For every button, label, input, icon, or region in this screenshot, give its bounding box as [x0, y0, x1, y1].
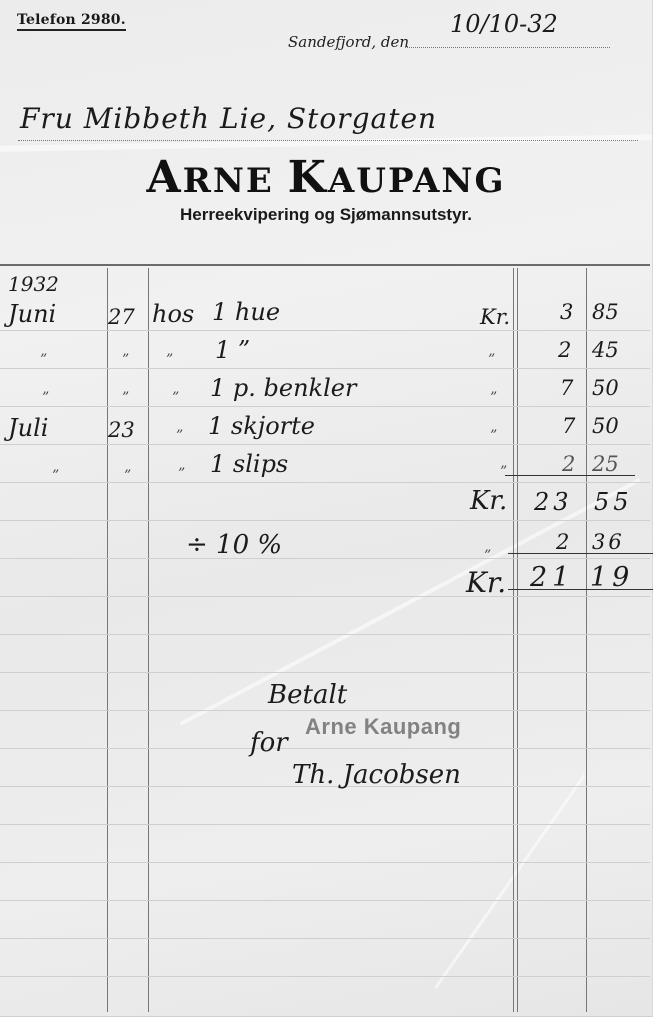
ruled-line [0, 976, 650, 977]
ruled-line [0, 862, 650, 863]
paid-note: Betalt [268, 680, 347, 710]
row-day: 23 [108, 418, 135, 442]
row-month: Juli [8, 414, 48, 442]
ruled-line [0, 672, 650, 673]
row-month: Juni [8, 300, 56, 328]
discount-kroner: 2 [556, 530, 569, 554]
ledger-year: 1932 [8, 272, 59, 296]
ruled-line [0, 634, 650, 635]
signature: Th. Jacobsen [292, 760, 461, 790]
row-currency: Kr. [480, 305, 510, 329]
row-month: ” [42, 390, 49, 406]
per-note: for [250, 728, 288, 758]
ruled-line [0, 368, 650, 369]
row-month: ” [52, 468, 59, 484]
place-label: Sandefjord, den [288, 33, 409, 51]
customer-name: Fru Mibbeth Lie, Storgaten [20, 102, 437, 135]
row-ore: 50 [592, 376, 619, 400]
row-ore: 25 [592, 452, 619, 476]
company-name: ARNE KAUPANG [0, 152, 652, 203]
row-item: 1 hue [212, 298, 280, 326]
row-prefix: ” [172, 390, 179, 406]
invoice-date: 10/10-32 [450, 10, 558, 38]
row-day: ” [122, 390, 129, 406]
company-last-rest: AUPANG [328, 161, 506, 201]
row-day: ” [122, 352, 129, 368]
row-kroner: 7 [562, 414, 575, 438]
company-tagline: Herreekvipering og Sjømannsutstyr. [0, 205, 652, 225]
ruled-line [0, 710, 650, 711]
customer-dotted-line [18, 140, 638, 141]
row-item: 1 slips [210, 450, 288, 478]
company-stamp: Arne Kaupang [305, 714, 461, 740]
ruled-line [0, 330, 650, 331]
discount-label: ÷ 10 % [186, 530, 282, 560]
subtotal-kroner: 23 [534, 488, 573, 516]
row-item: 1 ” [215, 336, 250, 364]
company-first-rest: RNE [183, 161, 274, 201]
total-currency: Kr. [466, 566, 506, 599]
row-kroner: 2 [558, 338, 571, 362]
row-kroner: 7 [560, 376, 573, 400]
row-kroner: 3 [560, 300, 573, 324]
telephone-number: Telefon 2980. [17, 12, 126, 31]
paper-crease [0, 134, 652, 151]
ruled-line [0, 406, 650, 407]
date-dotted-line [405, 47, 610, 48]
ruled-line [0, 596, 650, 597]
row-currency: ” [490, 390, 497, 406]
row-currency: ” [488, 352, 495, 368]
ruled-line [0, 824, 650, 825]
ruled-line [0, 520, 650, 521]
row-day: ” [124, 468, 131, 484]
company-initial-a: A [146, 152, 182, 203]
row-month: ” [40, 352, 47, 368]
ruled-line [0, 558, 650, 559]
row-item: 1 skjorte [208, 412, 315, 440]
row-prefix: ” [176, 428, 183, 444]
paper-crease [434, 774, 586, 989]
ruled-line [0, 748, 650, 749]
subtotal-currency: Kr. [470, 486, 507, 516]
row-ore: 45 [592, 338, 619, 362]
row-ore: 85 [592, 300, 619, 324]
invoice-paper: Telefon 2980. Sandefjord, den 10/10-32 F… [0, 0, 653, 1017]
total-rule [508, 553, 653, 554]
ruled-line [0, 900, 650, 901]
total-underline [508, 589, 653, 590]
row-currency: ” [500, 464, 507, 480]
discount-currency: ” [484, 548, 491, 564]
ledger-header-rule [0, 264, 650, 266]
row-ore: 50 [592, 414, 619, 438]
subtotal-ore: 55 [594, 488, 633, 516]
ruled-line [0, 938, 650, 939]
row-day: 27 [108, 305, 135, 329]
ruled-line [0, 482, 650, 483]
row-prefix: hos [152, 300, 194, 328]
row-prefix: ” [166, 352, 173, 368]
row-currency: ” [490, 428, 497, 444]
discount-ore: 36 [592, 530, 625, 554]
subtotal-rule [505, 475, 635, 476]
ruled-line [0, 444, 650, 445]
row-item: 1 p. benkler [210, 374, 356, 402]
row-prefix: ” [178, 466, 185, 482]
row-kroner: 2 [562, 452, 575, 476]
company-initial-k: K [288, 152, 328, 203]
